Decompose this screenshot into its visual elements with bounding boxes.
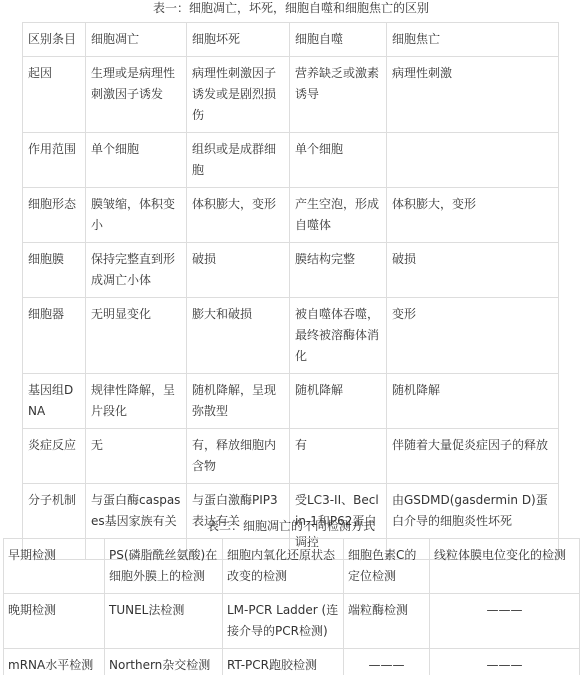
table-cell: 细胞焦亡 xyxy=(387,23,559,57)
table-cell: 无 xyxy=(86,429,187,484)
table-row: 作用范围单个细胞组织或是成群细胞单个细胞 xyxy=(23,133,559,188)
table-cell: Northern杂交检测 xyxy=(105,649,223,675)
table-cell: 有，释放细胞内含物 xyxy=(187,429,290,484)
table-cell: 膜皱缩，体积变小 xyxy=(86,188,187,243)
table-cell: 产生空泡，形成自噬体 xyxy=(290,188,387,243)
row-label-cell: mRNA水平检测 xyxy=(4,649,105,675)
table-cell: 生理或是病理性刺激因子诱发 xyxy=(86,57,187,133)
row-label-cell: 炎症反应 xyxy=(23,429,86,484)
table-row: 炎症反应无有，释放细胞内含物有伴随着大量促炎症因子的释放 xyxy=(23,429,559,484)
table-cell: 细胞凋亡 xyxy=(86,23,187,57)
table-row: 细胞膜保持完整直到形成凋亡小体破损膜结构完整破损 xyxy=(23,243,559,298)
table-row: 细胞器无明显变化膨大和破损被自噬体吞噬，最终被溶酶体消化变形 xyxy=(23,298,559,374)
table-row: 晚期检测TUNEL法检测LM-PCR Ladder (连接介导的PCR检测)端粒… xyxy=(4,594,580,649)
table1-cell-death-comparison: 区别条目细胞凋亡细胞坏死细胞自噬细胞焦亡起因生理或是病理性刺激因子诱发病理性刺激… xyxy=(22,22,559,560)
table-cell: 膨大和破损 xyxy=(187,298,290,374)
table-cell: ——— xyxy=(430,649,580,675)
table-cell: RT-PCR跑胶检测 xyxy=(223,649,344,675)
table2-apoptosis-detection: 早期检测 PS(磷脂酰丝氨酸)在细胞外膜上的检测细胞内氧化还原状态改变的检测细胞… xyxy=(3,538,580,675)
table-cell: 被自噬体吞噬，最终被溶酶体消化 xyxy=(290,298,387,374)
row-label-cell: 基因组DNA xyxy=(23,374,86,429)
table-cell: TUNEL法检测 xyxy=(105,594,223,649)
table-cell: LM-PCR Ladder (连接介导的PCR检测) xyxy=(223,594,344,649)
table-cell: 规律性降解，呈片段化 xyxy=(86,374,187,429)
table1-caption: 表一：细胞凋亡，坏死，细胞自噬和细胞焦亡的区别 xyxy=(0,0,582,16)
table-row: mRNA水平检测Northern杂交检测RT-PCR跑胶检测—————— xyxy=(4,649,580,675)
table-header-row: 区别条目细胞凋亡细胞坏死细胞自噬细胞焦亡 xyxy=(23,23,559,57)
table-cell: ——— xyxy=(430,594,580,649)
table-cell: 单个细胞 xyxy=(86,133,187,188)
table-cell: 体积膨大，变形 xyxy=(187,188,290,243)
table2-caption: 表二：细胞凋亡的不同检测方式 xyxy=(0,518,582,534)
table-cell: 无明显变化 xyxy=(86,298,187,374)
table-cell: 细胞自噬 xyxy=(290,23,387,57)
table-cell: ——— xyxy=(344,649,430,675)
table-cell: 细胞色素C的定位检测 xyxy=(344,539,430,594)
table-cell: 随机降解 xyxy=(387,374,559,429)
row-label-cell: 早期检测 xyxy=(4,539,105,594)
table-cell: 膜结构完整 xyxy=(290,243,387,298)
table-cell: 变形 xyxy=(387,298,559,374)
table-cell: 体积膨大，变形 xyxy=(387,188,559,243)
row-label-cell: 晚期检测 xyxy=(4,594,105,649)
table-cell: 有 xyxy=(290,429,387,484)
table-cell: 细胞坏死 xyxy=(187,23,290,57)
table-cell: 营养缺乏或激素诱导 xyxy=(290,57,387,133)
table-cell xyxy=(387,133,559,188)
table-cell: 保持完整直到形成凋亡小体 xyxy=(86,243,187,298)
table-cell: 病理性刺激因子诱发或是剧烈损伤 xyxy=(187,57,290,133)
row-label-cell: 细胞器 xyxy=(23,298,86,374)
table-cell: 细胞内氧化还原状态改变的检测 xyxy=(223,539,344,594)
row-label-cell: 细胞膜 xyxy=(23,243,86,298)
table-cell: 随机降解，呈现弥散型 xyxy=(187,374,290,429)
table-cell: 伴随着大量促炎症因子的释放 xyxy=(387,429,559,484)
row-label-cell: 区别条目 xyxy=(23,23,86,57)
table-cell: 单个细胞 xyxy=(290,133,387,188)
table-cell: PS(磷脂酰丝氨酸)在细胞外膜上的检测 xyxy=(105,539,223,594)
table-row: 基因组DNA规律性降解，呈片段化随机降解，呈现弥散型随机降解随机降解 xyxy=(23,374,559,429)
row-label-cell: 起因 xyxy=(23,57,86,133)
table-cell: 病理性刺激 xyxy=(387,57,559,133)
row-label-cell: 作用范围 xyxy=(23,133,86,188)
table-cell: 破损 xyxy=(187,243,290,298)
table-row: 起因生理或是病理性刺激因子诱发病理性刺激因子诱发或是剧烈损伤营养缺乏或激素诱导病… xyxy=(23,57,559,133)
table-cell: 端粒酶检测 xyxy=(344,594,430,649)
table-cell: 线粒体膜电位变化的检测 xyxy=(430,539,580,594)
table-cell: 随机降解 xyxy=(290,374,387,429)
table-cell: 组织或是成群细胞 xyxy=(187,133,290,188)
table-cell: 破损 xyxy=(387,243,559,298)
table-row: 细胞形态膜皱缩，体积变小体积膨大，变形产生空泡，形成自噬体体积膨大，变形 xyxy=(23,188,559,243)
table-row: 早期检测 PS(磷脂酰丝氨酸)在细胞外膜上的检测细胞内氧化还原状态改变的检测细胞… xyxy=(4,539,580,594)
row-label-cell: 细胞形态 xyxy=(23,188,86,243)
